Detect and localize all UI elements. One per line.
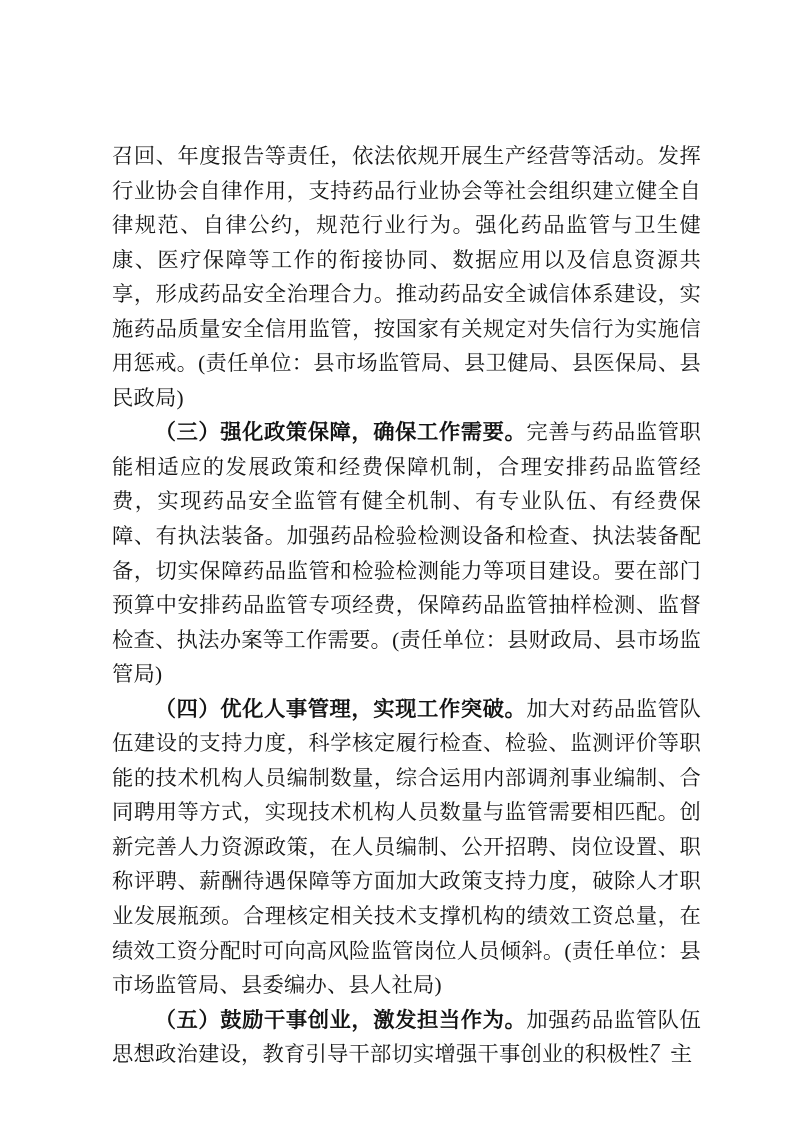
section-5-heading: （五）鼓励干事创业，激发担当作为。 bbox=[155, 1008, 527, 1032]
document-body: 召回、年度报告等责任，依法依规开展生产经营等活动。发挥行业协会自律作用，支持药品… bbox=[112, 139, 701, 1072]
paragraph-continuation: 召回、年度报告等责任，依法依规开展生产经营等活动。发挥行业协会自律作用，支持药品… bbox=[112, 139, 701, 415]
paragraph-section-5: （五）鼓励干事创业，激发担当作为。加强药品监管队伍思想政治建设，教育引导干部切实… bbox=[112, 1003, 701, 1072]
section-3-heading: （三）强化政策保障，确保工作需要。 bbox=[155, 420, 527, 444]
paragraph-text: 召回、年度报告等责任，依法依规开展生产经营等活动。发挥行业协会自律作用，支持药品… bbox=[112, 144, 701, 410]
paragraph-section-4: （四）优化人事管理，实现工作突破。加大对药品监管队伍建设的支持力度，科学核定履行… bbox=[112, 692, 701, 1003]
document-page: 召回、年度报告等责任，依法依规开展生产经营等活动。发挥行业协会自律作用，支持药品… bbox=[0, 0, 793, 1122]
section-4-heading: （四）优化人事管理，实现工作突破。 bbox=[155, 697, 527, 721]
paragraph-text: 完善与药品监管职能相适应的发展政策和经费保障机制，合理安排药品监管经费，实现药品… bbox=[112, 420, 701, 686]
page-number: - 7 - bbox=[616, 1040, 696, 1063]
paragraph-text: 加大对药品监管队伍建设的支持力度，科学核定履行检查、检验、监测评价等职能的技术机… bbox=[112, 697, 701, 997]
paragraph-section-3: （三）强化政策保障，确保工作需要。完善与药品监管职能相适应的发展政策和经费保障机… bbox=[112, 415, 701, 691]
